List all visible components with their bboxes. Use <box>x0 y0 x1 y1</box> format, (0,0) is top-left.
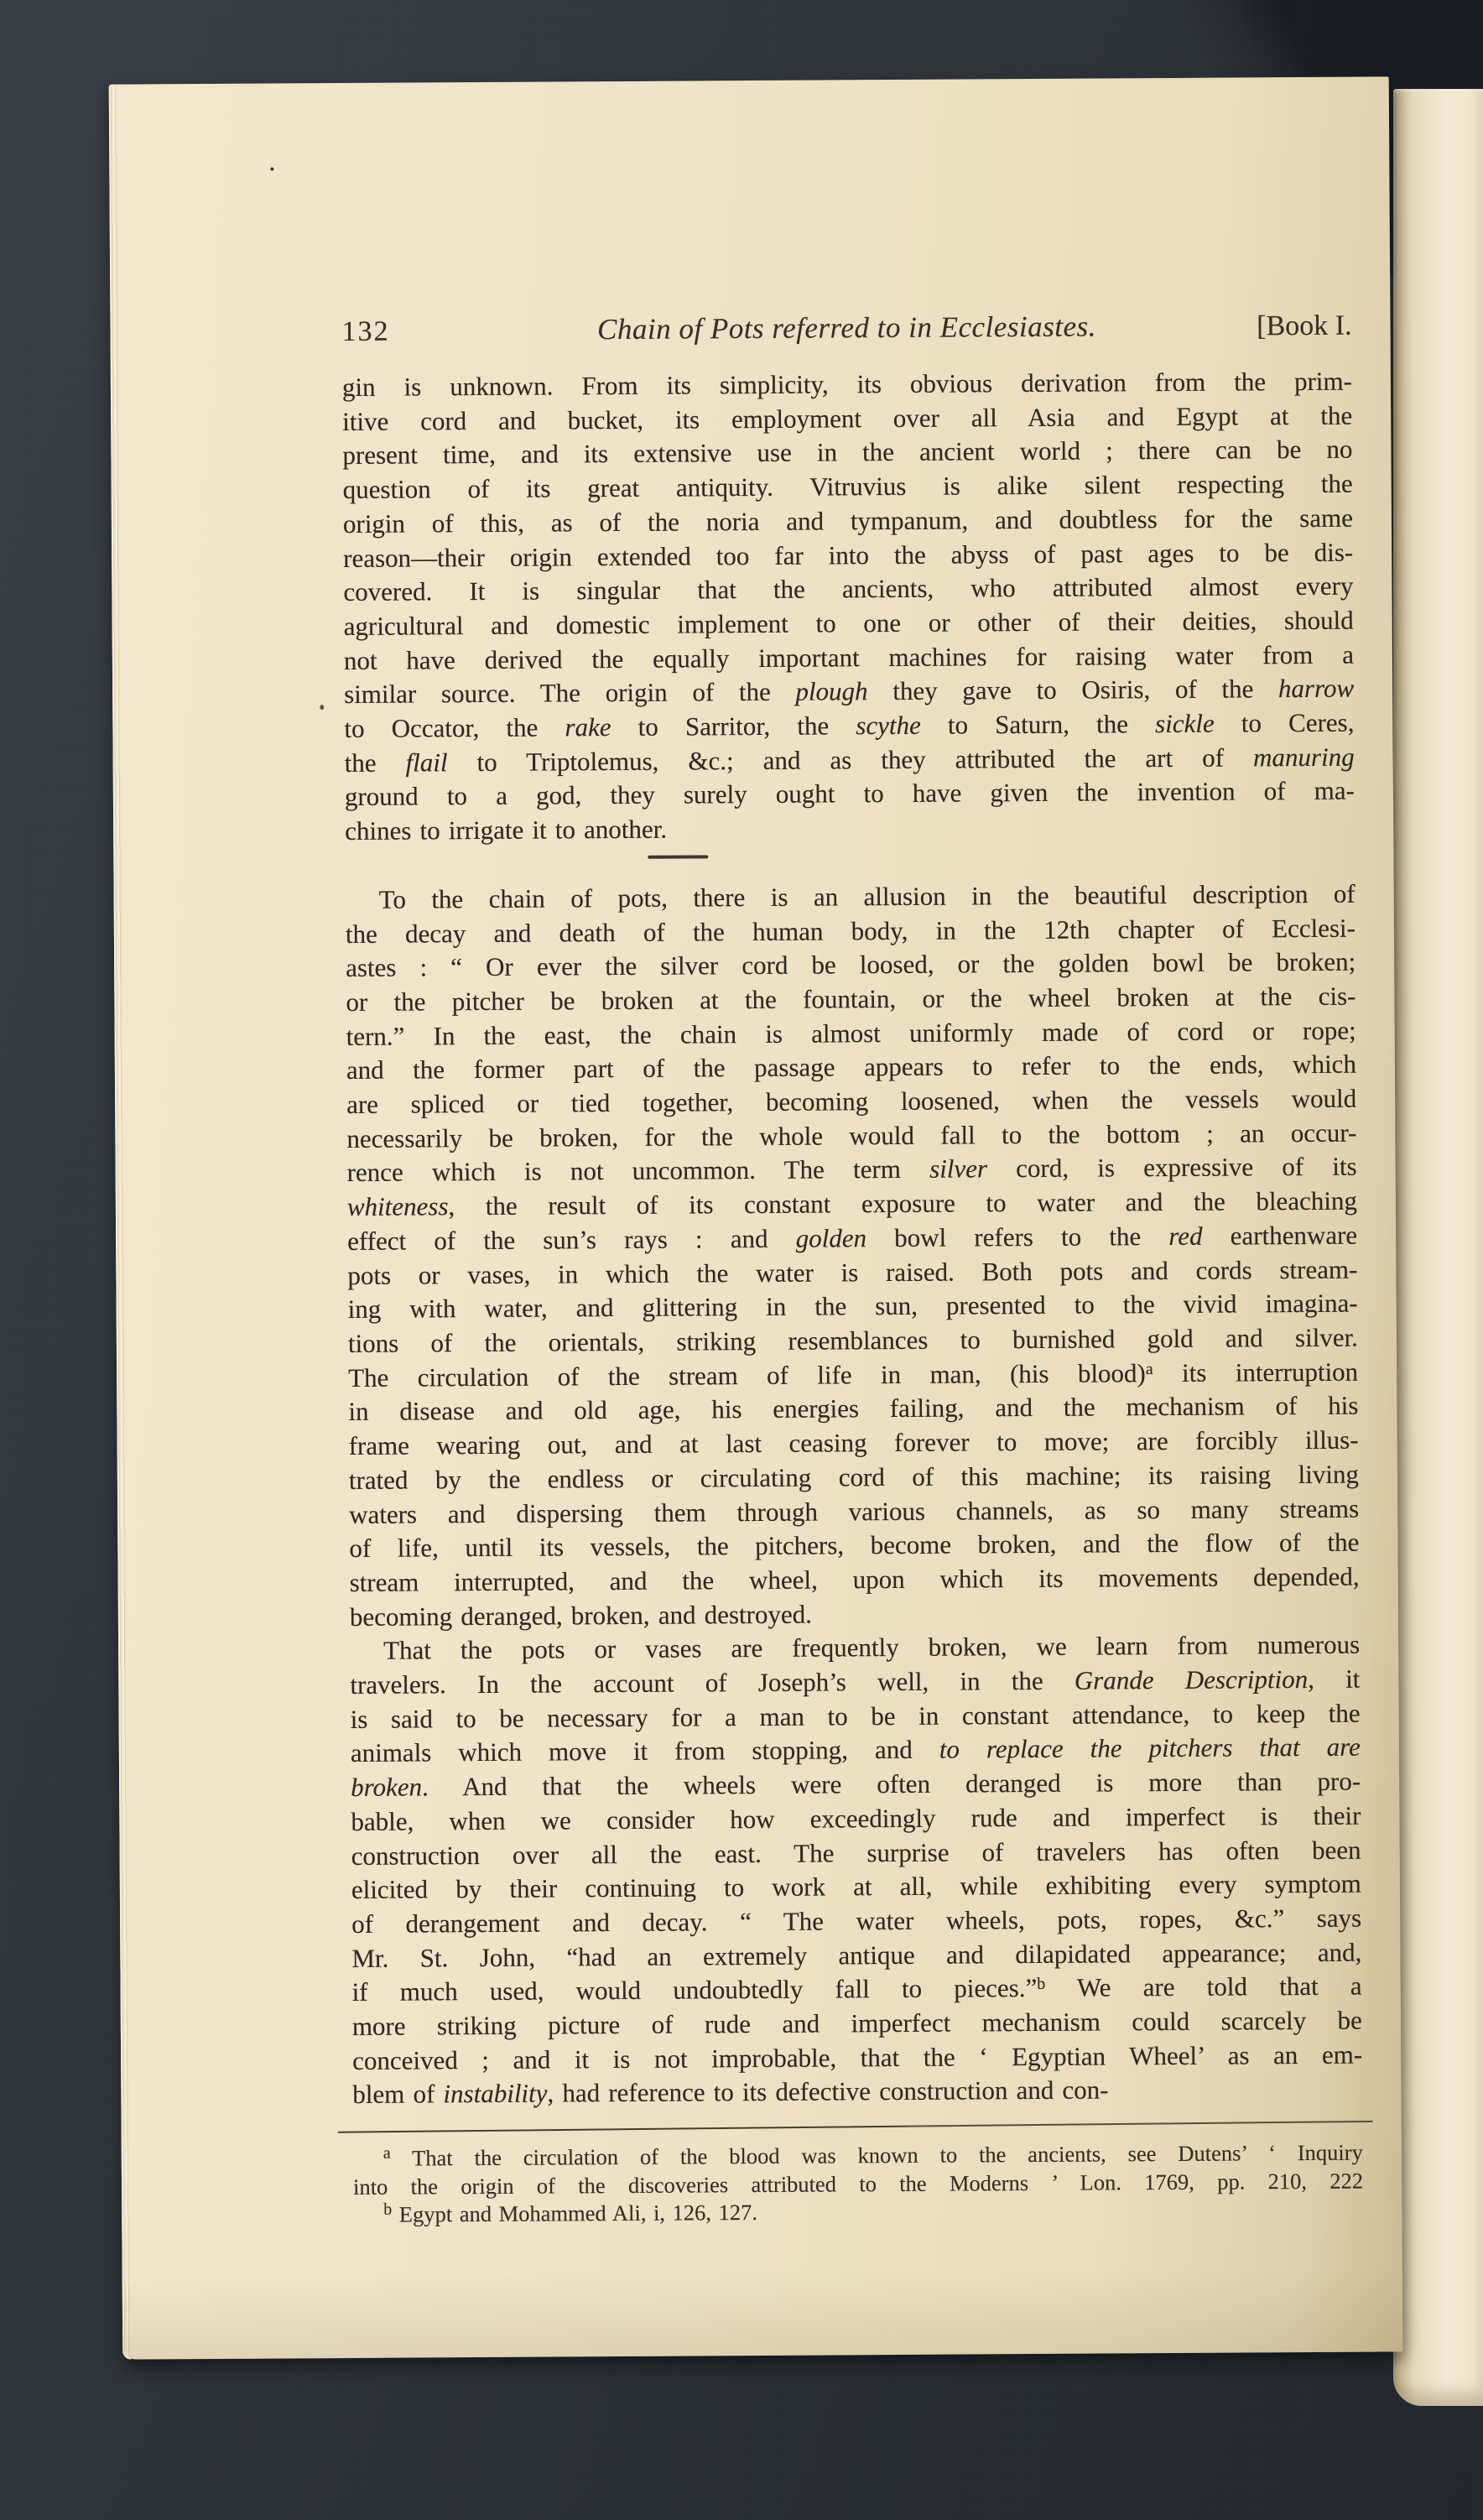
footnotes: a That the circulation of the blood was … <box>353 2139 1364 2230</box>
text-line: effect of the sun’s rays : and golden bo… <box>347 1218 1357 1258</box>
book-fore-edge <box>1393 89 1483 2406</box>
footnote: a That the circulation of the blood was … <box>353 2139 1363 2201</box>
page-number: 132 <box>341 315 501 348</box>
text-line: chines to irrigate it to another. <box>345 809 1355 849</box>
book-label: [Book I. <box>1192 310 1351 343</box>
book-page: 132 Chain of Pots referred to in Ecclesi… <box>109 76 1403 2359</box>
footnote: b Egypt and Mohammed Ali, i, 126, 127. <box>353 2195 1363 2230</box>
text-line: of life, until its vessels, the pitchers… <box>349 1526 1359 1566</box>
text-line: trated by the endless or circulating cor… <box>349 1457 1359 1497</box>
text-line: question of its great antiquity. Vitruvi… <box>343 467 1353 508</box>
text-line: are spliced or tied together, becoming l… <box>346 1082 1356 1122</box>
section-divider <box>648 855 709 858</box>
text-line: origin of this, as of the noria and tymp… <box>343 501 1353 541</box>
text-line: more striking picture of rude and imperf… <box>352 2004 1362 2044</box>
text-line: ground to a god, they surely ought to ha… <box>345 774 1355 815</box>
page-text-block: 132 Chain of Pots referred to in Ecclesi… <box>341 309 1363 2230</box>
text-line: or the pitcher be broken at the fountain… <box>346 980 1356 1020</box>
text-line: stream interrupted, and the wheel, upon … <box>350 1560 1360 1601</box>
body-text: gin is unknown. From its simplicity, its… <box>342 365 1363 2112</box>
text-line: of derangement and decay. “ The water wh… <box>351 1902 1361 1942</box>
running-title: Chain of Pots referred to in Ecclesiaste… <box>501 310 1192 347</box>
text-line: gin is unknown. From its simplicity, its… <box>342 365 1352 405</box>
paragraph: To the chain of pots, there is an allusi… <box>346 877 1360 1634</box>
text-line: blem of instability, had reference to it… <box>352 2072 1362 2112</box>
text-line: tions of the orientals, striking resembl… <box>348 1321 1358 1362</box>
text-line: To the chain of pots, there is an allusi… <box>346 877 1356 917</box>
text-line: broken. And that the wheels were often d… <box>351 1765 1361 1805</box>
paragraph: gin is unknown. From its simplicity, its… <box>342 365 1355 849</box>
text-line: travelers. In the account of Joseph’s we… <box>350 1663 1360 1703</box>
text-line: whiteness, the result of its constant ex… <box>347 1185 1357 1225</box>
footnote-rule <box>338 2121 1373 2133</box>
paragraph: That the pots or vases are frequently br… <box>350 1628 1362 2112</box>
text-line: b Egypt and Mohammed Ali, i, 126, 127. <box>353 2195 1363 2230</box>
page-header: 132 Chain of Pots referred to in Ecclesi… <box>341 309 1351 348</box>
dust-speck <box>320 705 324 710</box>
text-line: frame wearing out, and at last ceasing f… <box>349 1424 1359 1464</box>
dust-speck <box>270 167 273 170</box>
text-line: agricultural and domestic implement to o… <box>344 604 1354 644</box>
text-line: conceived ; and it is not improbable, th… <box>352 2038 1362 2078</box>
text-line: to Occator, the rake to Sarritor, the sc… <box>344 706 1354 747</box>
text-line: bable, when we consider how exceedingly … <box>351 1799 1361 1839</box>
text-line: covered. It is singular that the ancient… <box>343 570 1353 610</box>
scanned-book-page: 132 Chain of Pots referred to in Ecclesi… <box>0 0 1483 2520</box>
